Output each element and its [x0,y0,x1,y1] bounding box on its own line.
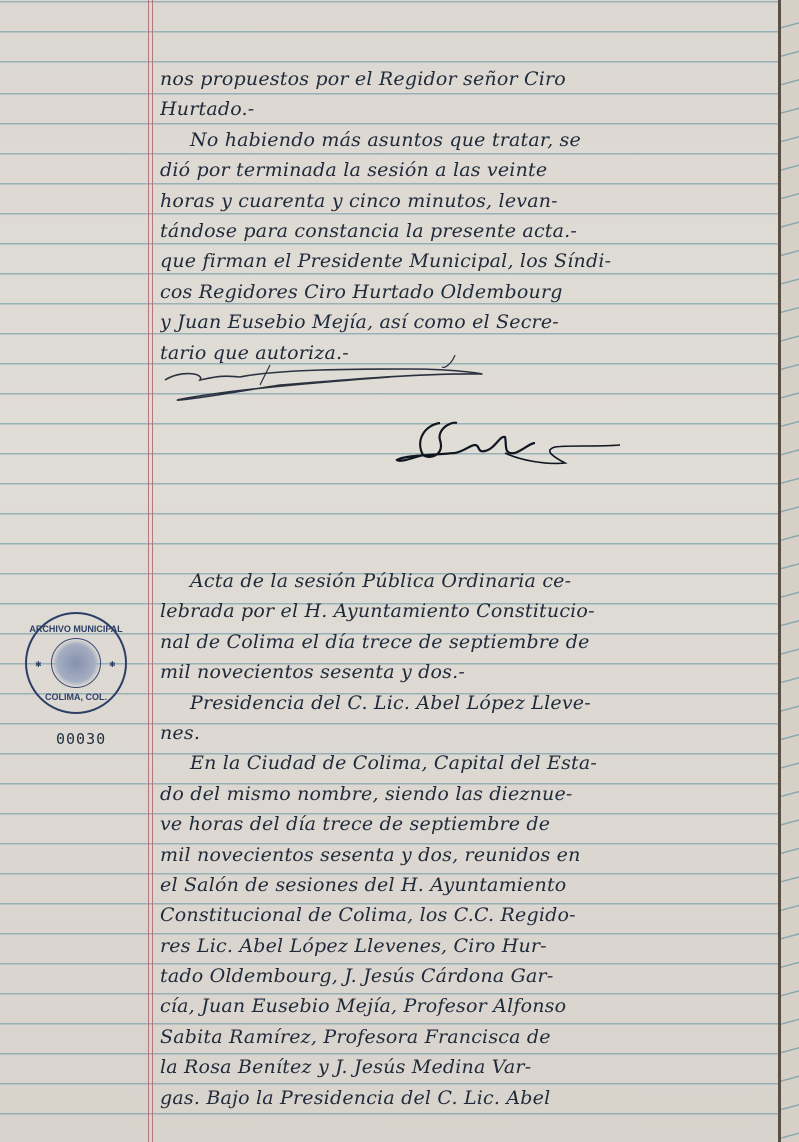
coat-of-arms-icon [51,638,101,688]
signature-2 [395,415,625,475]
text-line: nes. [160,718,775,748]
text-line: res Lic. Abel López Llevenes, Ciro Hur- [160,931,775,961]
text-line: horas y cuarenta y cinco minutos, levan- [160,186,775,216]
margin-line-right [152,0,153,1142]
closing-section: nos propuestos por el Regidor señor Ciro… [160,64,775,368]
text-line: tado Oldembourg, J. Jesús Cárdona Gar- [160,961,775,991]
new-act-section: Acta de la sesión Pública Ordinaria ce- … [160,566,775,1113]
text-line: mil novecientos sesenta y dos.- [160,657,775,687]
text-line: el Salón de sesiones del H. Ayuntamiento [160,870,775,900]
star-icon: ✱ [35,660,42,669]
text-line: En la Ciudad de Colima, Capital del Esta… [160,748,775,778]
text-line: do del mismo nombre, siendo las dieznue- [160,779,775,809]
text-line: dió por terminada la sesión a las veinte [160,155,775,185]
text-line: y Juan Eusebio Mejía, así como el Secre- [160,307,775,337]
folio-number: 00030 [56,730,106,748]
text-line: que firman el Presidente Municipal, los … [160,246,775,276]
stamp-top-text: ARCHIVO MUNICIPAL [27,624,125,634]
text-line: Sabita Ramírez, Profesora Francisca de [160,1022,775,1052]
archivo-municipal-stamp: ARCHIVO MUNICIPAL ✱ ✱ COLIMA, COL. [25,612,127,714]
text-line: lebrada por el H. Ayuntamiento Constituc… [160,596,775,626]
text-line: No habiendo más asuntos que tratar, se [160,125,775,155]
ledger-page: nos propuestos por el Regidor señor Ciro… [0,0,778,1142]
text-line: Presidencia del C. Lic. Abel López Lleve… [160,688,775,718]
text-line: ve horas del día trece de septiembre de [160,809,775,839]
text-line: Hurtado.- [160,94,775,124]
star-icon: ✱ [109,660,116,669]
stamp-bottom-text: COLIMA, COL. [27,692,125,702]
text-line: Acta de la sesión Pública Ordinaria ce- [160,566,775,596]
text-line: cía, Juan Eusebio Mejía, Profesor Alfons… [160,991,775,1021]
adjacent-page-edge [781,0,799,1142]
text-line: nal de Colima el día trece de septiembre… [160,627,775,657]
text-line: tándose para constancia la presente acta… [160,216,775,246]
text-line: nos propuestos por el Regidor señor Ciro [160,64,775,94]
margin-line-left [148,0,149,1142]
signature-1 [160,355,580,415]
text-line: cos Regidores Ciro Hurtado Oldembourg [160,277,775,307]
text-line: Constitucional de Colima, los C.C. Regid… [160,900,775,930]
text-line: la Rosa Benítez y J. Jesús Medina Var- [160,1052,775,1082]
text-line: gas. Bajo la Presidencia del C. Lic. Abe… [160,1083,775,1113]
text-line: mil novecientos sesenta y dos, reunidos … [160,840,775,870]
